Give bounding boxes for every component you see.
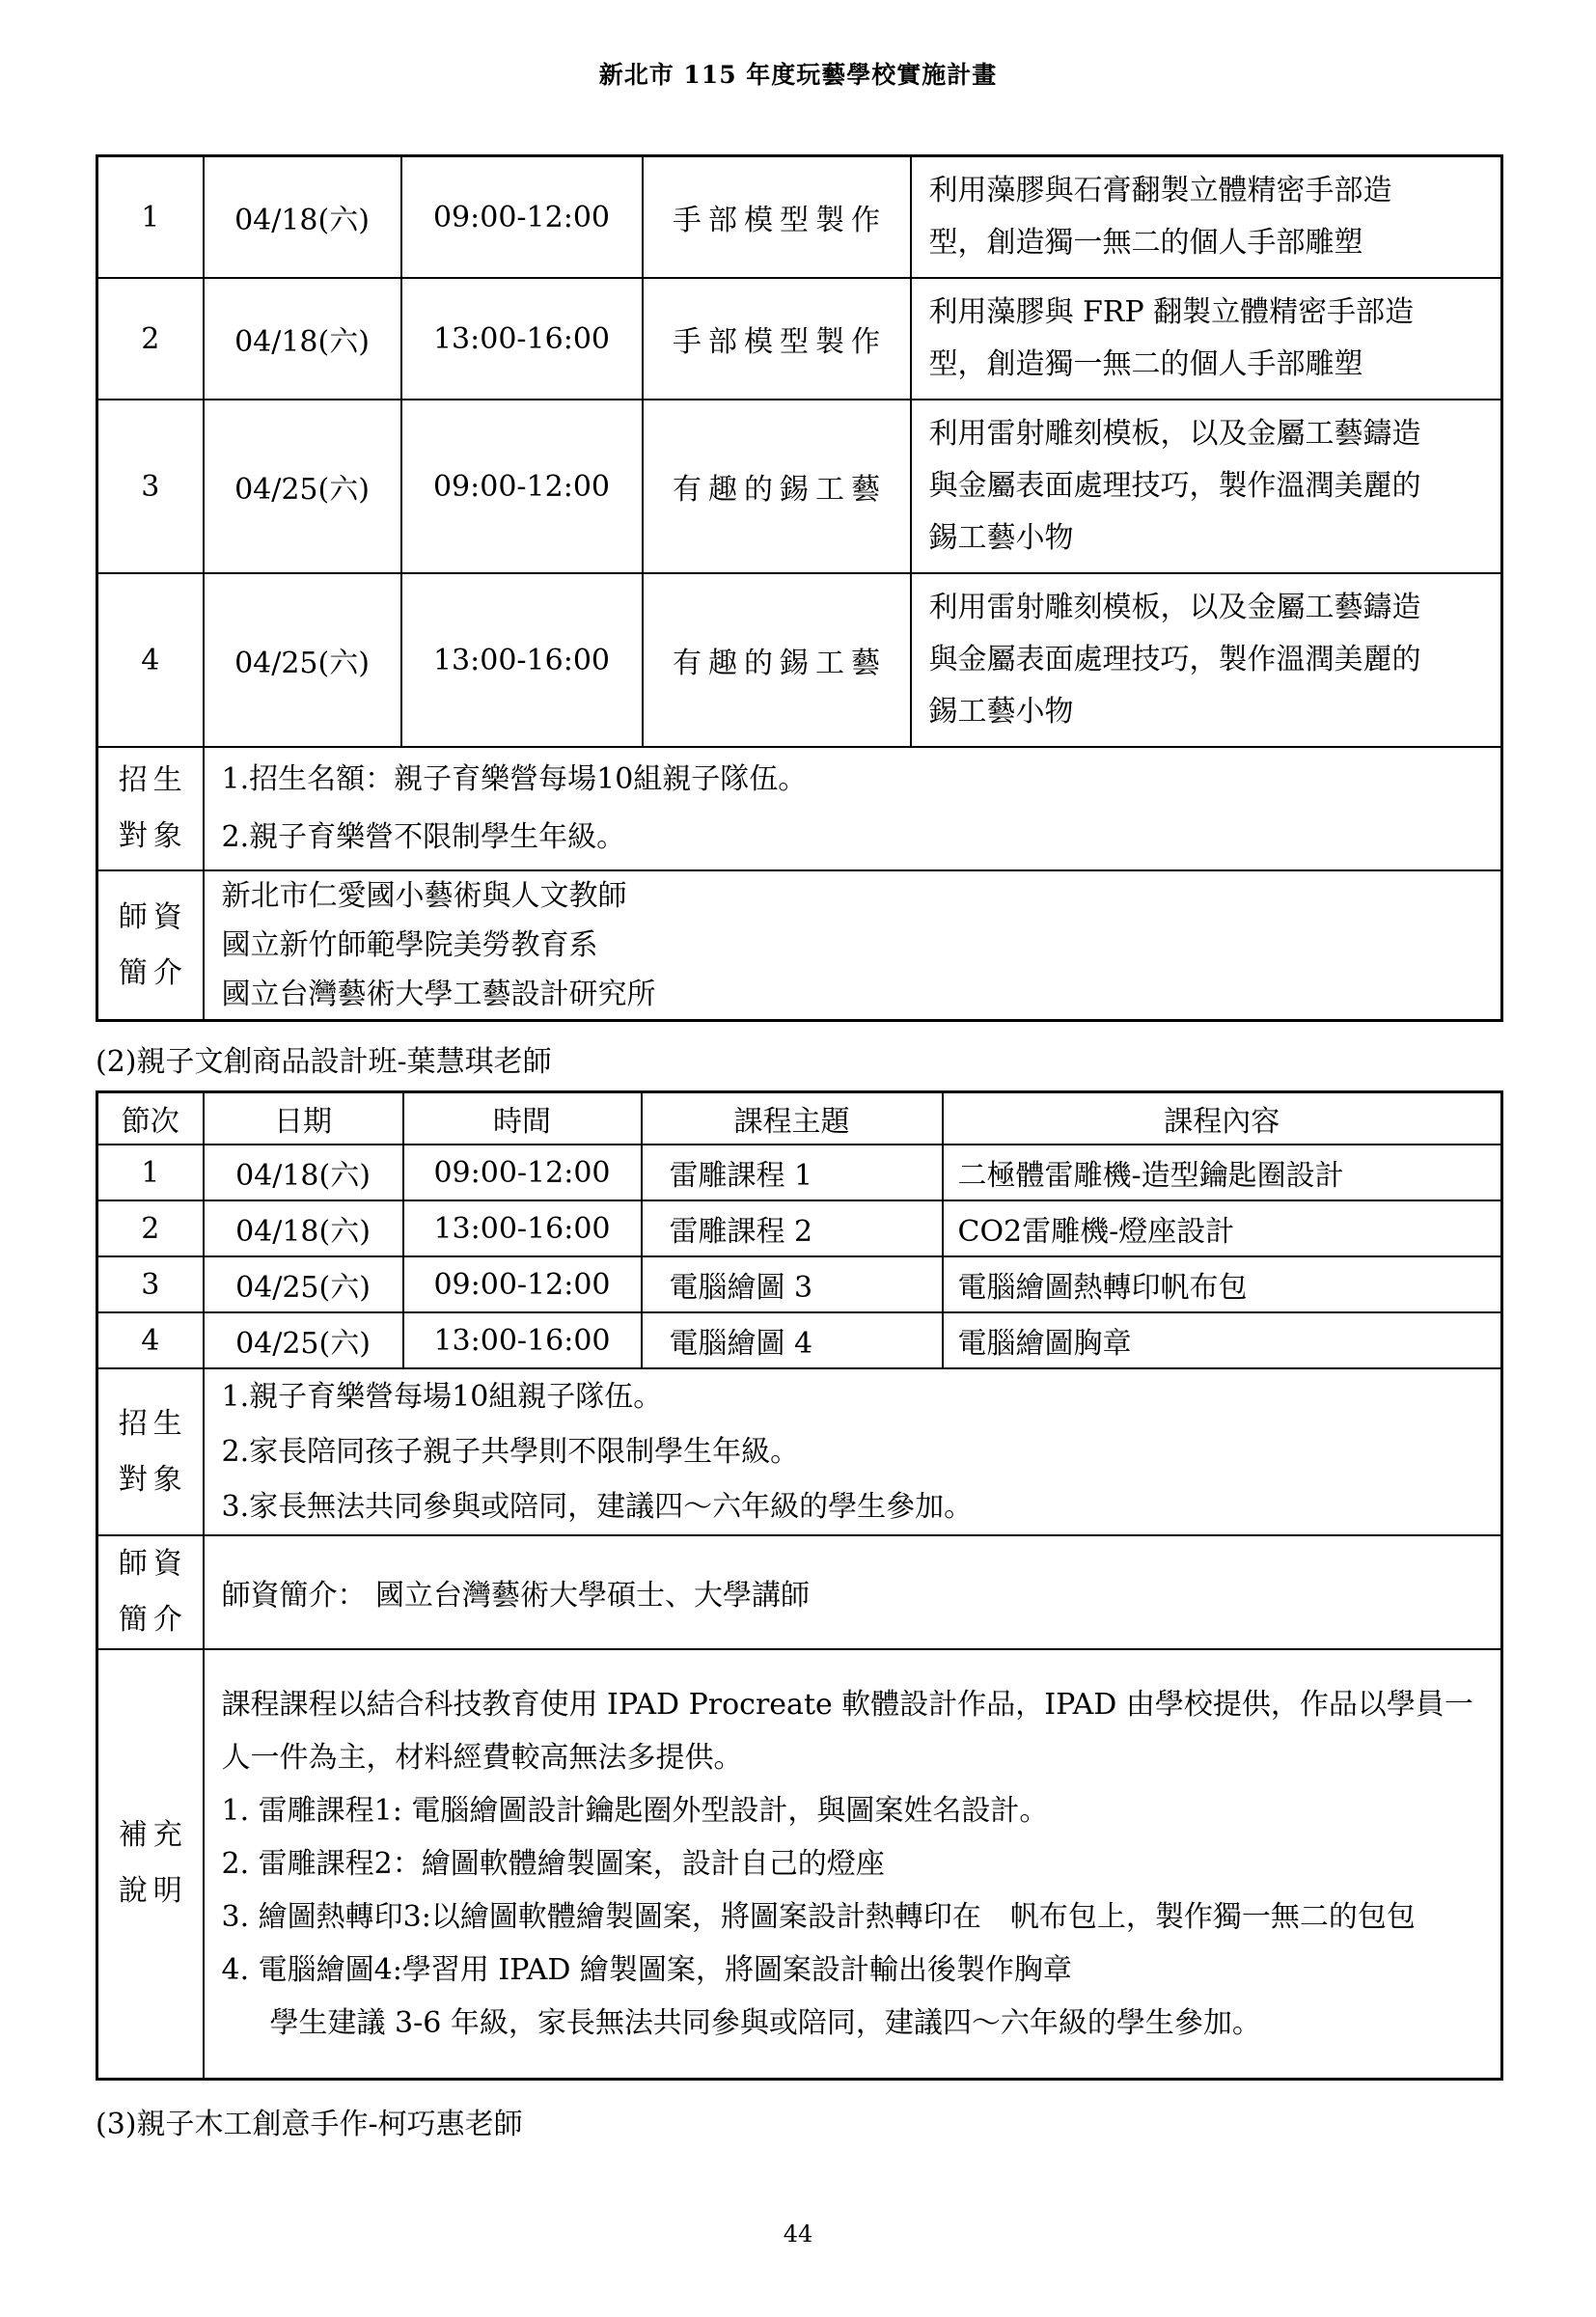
course-time: 09:00-12:00 <box>401 156 643 279</box>
teacher-info-label-line1: 師資 <box>98 890 203 946</box>
section-2-heading: (2)親子文創商品設計班-葉慧琪老師 <box>96 1043 1500 1082</box>
course-topic: 電腦繪圖 4 <box>642 1312 943 1368</box>
recruit-line: 2.親子育樂營不限制學生年級。 <box>222 809 1492 867</box>
page-number: 44 <box>96 2220 1500 2248</box>
table-row: 2 04/18(六) 13:00-16:00 手部模型製作 利用藻膠與 FRP … <box>97 278 1502 400</box>
notes-line: 3. 繪圖熱轉印3:以繪圖軟體繪製圖案，將圖案設計熱轉印在 帆布包上，製作獨一無… <box>222 1890 1492 1944</box>
header-content: 課程內容 <box>943 1092 1502 1145</box>
session-number: 4 <box>97 1312 204 1368</box>
course-date: 04/25(六) <box>204 1256 403 1312</box>
section-3-heading: (3)親子木工創意手作-柯巧惠老師 <box>96 2106 1500 2144</box>
recruit-target-label-line1: 招生 <box>98 1396 203 1452</box>
teacher-line: 國立台灣藝術大學工藝設計研究所 <box>222 970 1492 1019</box>
notes-line: 課程課程以結合科技教育使用 IPAD Procreate 軟體設計作品，IPAD… <box>222 1678 1492 1784</box>
header-session: 節次 <box>97 1092 204 1145</box>
notes-line: 學生建議 3-6 年級，家長無法共同參與或陪同，建議四～六年級的學生參加。 <box>222 1997 1492 2050</box>
course-date: 04/18(六) <box>204 1145 403 1200</box>
notes-line: 4. 電腦繪圖4:學習用 IPAD 繪製圖案，將圖案設計輸出後製作胸章 <box>222 1944 1492 1997</box>
recruit-target-row: 招生 對象 1.招生名額：親子育樂營每場10組親子隊伍。 2.親子育樂營不限制學… <box>97 747 1502 870</box>
recruit-target-label-line2: 對象 <box>98 809 203 865</box>
course-content: CO2雷雕機-燈座設計 <box>943 1200 1502 1256</box>
teacher-info-label-line2: 簡介 <box>98 946 203 1002</box>
teacher-info-row: 師資 簡介 師資簡介： 國立台灣藝術大學碩士、大學講師 <box>97 1535 1502 1649</box>
course-time: 09:00-12:00 <box>403 1145 642 1200</box>
course-content: 電腦繪圖熱轉印帆布包 <box>943 1256 1502 1312</box>
table-row: 4 04/25(六) 13:00-16:00 有趣的錫工藝 利用雷射雕刻模板，以… <box>97 573 1502 747</box>
session-number: 3 <box>97 1256 204 1312</box>
course-table-1: 1 04/18(六) 09:00-12:00 手部模型製作 利用藻膠與石膏翻製立… <box>96 154 1503 1022</box>
notes-row: 補充 說明 課程課程以結合科技教育使用 IPAD Procreate 軟體設計作… <box>97 1649 1502 2079</box>
course-content: 利用雷射雕刻模板，以及金屬工藝鑄造與金屬表面處理技巧，製作溫潤美麗的錫工藝小物 <box>911 573 1502 747</box>
teacher-info-content: 師資簡介： 國立台灣藝術大學碩士、大學講師 <box>204 1535 1502 1649</box>
course-topic: 有趣的錫工藝 <box>643 400 911 573</box>
course-content: 電腦繪圖胸章 <box>943 1312 1502 1368</box>
recruit-target-content: 1.招生名額：親子育樂營每場10組親子隊伍。 2.親子育樂營不限制學生年級。 <box>204 747 1502 870</box>
notes-line: 2. 雷雕課程2：繪圖軟體繪製圖案，設計自己的燈座 <box>222 1837 1492 1890</box>
course-topic: 手部模型製作 <box>643 278 911 400</box>
course-time: 09:00-12:00 <box>401 400 643 573</box>
course-time: 09:00-12:00 <box>403 1256 642 1312</box>
table-row: 4 04/25(六) 13:00-16:00 電腦繪圖 4 電腦繪圖胸章 <box>97 1312 1502 1368</box>
recruit-target-label: 招生 對象 <box>97 747 204 870</box>
recruit-line: 1.招生名額：親子育樂營每場10組親子隊伍。 <box>222 751 1492 809</box>
recruit-target-row: 招生 對象 1.親子育樂營每場10組親子隊伍。 2.家長陪同孩子親子共學則不限制… <box>97 1368 1502 1535</box>
course-table-2: 節次 日期 時間 課程主題 課程內容 1 04/18(六) 09:00-12:0… <box>96 1090 1503 2081</box>
session-number: 1 <box>97 1145 204 1200</box>
teacher-info-label-line2: 簡介 <box>98 1592 203 1648</box>
course-time: 13:00-16:00 <box>401 278 643 400</box>
document-page: 新北市 115 年度玩藝學校實施計畫 1 04/18(六) 09:00-12:0… <box>96 60 1500 2248</box>
teacher-info-content: 新北市仁愛國小藝術與人文教師 國立新竹師範學院美勞教育系 國立台灣藝術大學工藝設… <box>204 870 1502 1021</box>
header-date: 日期 <box>204 1092 403 1145</box>
teacher-info-label: 師資 簡介 <box>97 870 204 1021</box>
header-row: 節次 日期 時間 課程主題 課程內容 <box>97 1092 1502 1145</box>
table-row: 1 04/18(六) 09:00-12:00 雷雕課程 1 二極體雷雕機-造型鑰… <box>97 1145 1502 1200</box>
course-content: 二極體雷雕機-造型鑰匙圈設計 <box>943 1145 1502 1200</box>
course-date: 04/25(六) <box>204 573 401 747</box>
recruit-target-label-line2: 對象 <box>98 1452 203 1508</box>
course-date: 04/18(六) <box>204 156 401 279</box>
teacher-info-row: 師資 簡介 新北市仁愛國小藝術與人文教師 國立新竹師範學院美勞教育系 國立台灣藝… <box>97 870 1502 1021</box>
recruit-target-label: 招生 對象 <box>97 1368 204 1535</box>
course-topic: 手部模型製作 <box>643 156 911 279</box>
session-number: 3 <box>97 400 204 573</box>
course-time: 13:00-16:00 <box>401 573 643 747</box>
header-time: 時間 <box>403 1092 642 1145</box>
course-content: 利用藻膠與石膏翻製立體精密手部造型，創造獨一無二的個人手部雕塑 <box>911 156 1502 279</box>
recruit-line: 3.家長無法共同參與或陪同，建議四～六年級的學生參加。 <box>222 1479 1492 1534</box>
course-topic: 電腦繪圖 3 <box>642 1256 943 1312</box>
notes-content: 課程課程以結合科技教育使用 IPAD Procreate 軟體設計作品，IPAD… <box>204 1649 1502 2079</box>
notes-label-line1: 補充 <box>98 1807 203 1863</box>
session-number: 2 <box>97 278 204 400</box>
course-content: 利用雷射雕刻模板，以及金屬工藝鑄造與金屬表面處理技巧，製作溫潤美麗的錫工藝小物 <box>911 400 1502 573</box>
teacher-info-label: 師資 簡介 <box>97 1535 204 1649</box>
table-row: 3 04/25(六) 09:00-12:00 有趣的錫工藝 利用雷射雕刻模板，以… <box>97 400 1502 573</box>
course-date: 04/25(六) <box>204 1312 403 1368</box>
recruit-target-content: 1.親子育樂營每場10組親子隊伍。 2.家長陪同孩子親子共學則不限制學生年級。 … <box>204 1368 1502 1535</box>
course-date: 04/18(六) <box>204 278 401 400</box>
course-date: 04/18(六) <box>204 1200 403 1256</box>
notes-label-line2: 說明 <box>98 1863 203 1919</box>
recruit-line: 1.親子育樂營每場10組親子隊伍。 <box>222 1369 1492 1424</box>
header-topic: 課程主題 <box>642 1092 943 1145</box>
session-number: 4 <box>97 573 204 747</box>
recruit-line: 2.家長陪同孩子親子共學則不限制學生年級。 <box>222 1424 1492 1479</box>
table-row: 3 04/25(六) 09:00-12:00 電腦繪圖 3 電腦繪圖熱轉印帆布包 <box>97 1256 1502 1312</box>
notes-label: 補充 說明 <box>97 1649 204 2079</box>
teacher-info-label-line1: 師資 <box>98 1536 203 1592</box>
session-number: 2 <box>97 1200 204 1256</box>
course-time: 13:00-16:00 <box>403 1200 642 1256</box>
course-topic: 雷雕課程 1 <box>642 1145 943 1200</box>
session-number: 1 <box>97 156 204 279</box>
table-row: 2 04/18(六) 13:00-16:00 雷雕課程 2 CO2雷雕機-燈座設… <box>97 1200 1502 1256</box>
teacher-line: 新北市仁愛國小藝術與人文教師 <box>222 871 1492 921</box>
teacher-line: 國立新竹師範學院美勞教育系 <box>222 921 1492 970</box>
course-content: 利用藻膠與 FRP 翻製立體精密手部造型，創造獨一無二的個人手部雕塑 <box>911 278 1502 400</box>
recruit-target-label-line1: 招生 <box>98 753 203 809</box>
course-time: 13:00-16:00 <box>403 1312 642 1368</box>
table-row: 1 04/18(六) 09:00-12:00 手部模型製作 利用藻膠與石膏翻製立… <box>97 156 1502 279</box>
page-title: 新北市 115 年度玩藝學校實施計畫 <box>96 60 1500 91</box>
notes-line: 1. 雷雕課程1: 電腦繪圖設計鑰匙圈外型設計，與圖案姓名設計。 <box>222 1784 1492 1837</box>
course-topic: 有趣的錫工藝 <box>643 573 911 747</box>
course-date: 04/25(六) <box>204 400 401 573</box>
course-topic: 雷雕課程 2 <box>642 1200 943 1256</box>
